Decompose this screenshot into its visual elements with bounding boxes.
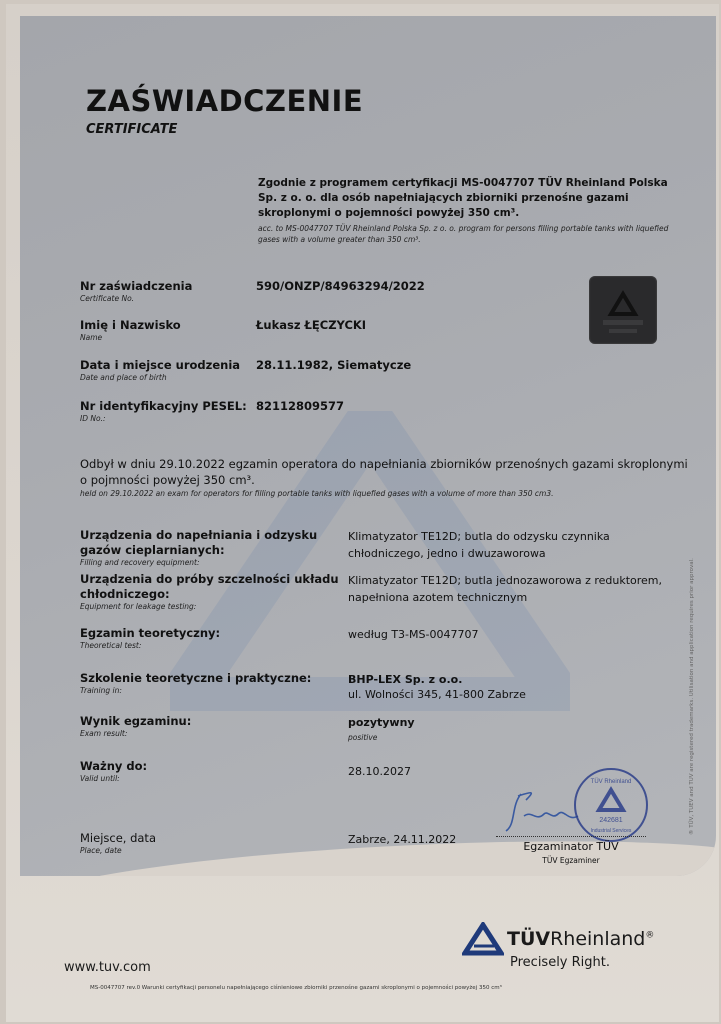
field-label-en: Name — [80, 333, 690, 343]
detail-value-en: positive — [348, 729, 377, 746]
exam-statement-en: held on 29.10.2022 an exam for operators… — [80, 488, 690, 500]
field-label: Imię i Nazwisko — [80, 318, 690, 333]
field-certificate-number: Nr zaświadczenia Certificate No. 590/ONZ… — [80, 279, 690, 304]
signature-line — [496, 836, 646, 837]
field-value: 28.11.1982, Siematycze — [256, 358, 411, 373]
exam-statement-pl: Odbył w dniu 29.10.2022 egzamin operator… — [80, 456, 690, 488]
brand-name: TÜVRheinland® — [507, 928, 654, 950]
field-value: 82112809577 — [256, 399, 344, 414]
detail-label: Urządzenia do próby szczelności układu c… — [80, 572, 340, 602]
field-birth: Data i miejsce urodzenia Date and place … — [80, 358, 690, 383]
examiner-subtitle: TÜV Egzaminer — [496, 856, 646, 865]
trademark-side-note: ® TÜV, TUEV and TUV are registered trade… — [689, 558, 695, 835]
field-value: Łukasz ŁĘCZYCKI — [256, 318, 366, 333]
svg-text:TÜV Rheinland: TÜV Rheinland — [591, 778, 632, 785]
field-name: Imię i Nazwisko Name Łukasz ŁĘCZYCKI — [80, 318, 690, 343]
detail-value: Klimatyzator TE12D; butla do odzysku czy… — [348, 528, 678, 562]
certificate-paper — [6, 4, 719, 1022]
svg-text:242681: 242681 — [599, 817, 622, 824]
examiner-title: Egzaminator TÜV — [496, 840, 646, 853]
exam-statement: Odbył w dniu 29.10.2022 egzamin operator… — [80, 456, 690, 500]
examiner-stamp: 242681 TÜV Rheinland Industrial Services — [574, 768, 648, 842]
stamp-triangle-icon: 242681 TÜV Rheinland Industrial Services — [576, 770, 646, 840]
detail-label: Urządzenia do napełniania i odzysku gazó… — [80, 528, 340, 558]
detail-value: według T3-MS-0047707 — [348, 626, 478, 643]
certificate-panel — [20, 16, 716, 876]
tuv-logo-icon — [462, 922, 504, 956]
field-pesel: Nr identyfikacyjny PESEL: ID No.: 821128… — [80, 399, 690, 424]
program-statement: Zgodnie z programem certyfikacji MS-0047… — [258, 176, 678, 245]
program-statement-pl: Zgodnie z programem certyfikacji MS-0047… — [258, 176, 678, 221]
signature-icon — [496, 786, 586, 836]
detail-exam-result: Wynik egzaminu: Exam result: pozytywny p… — [80, 714, 690, 739]
detail-theoretical-test: Egzamin teoretyczny: Theoretical test: w… — [80, 626, 690, 651]
brand-slogan: Precisely Right. — [510, 955, 610, 970]
detail-value-address: ul. Wolności 345, 41-800 Zabrze — [348, 686, 526, 703]
detail-training: Szkolenie teoretyczne i praktyczne: Trai… — [80, 671, 690, 696]
svg-text:Industrial Services: Industrial Services — [591, 828, 632, 834]
footer-note: MS-0047707 rev.0 Warunki certyfikacji pe… — [90, 985, 502, 991]
field-value: 590/ONZP/84963294/2022 — [256, 279, 425, 294]
certificate-subtitle: CERTIFICATE — [86, 122, 177, 137]
certificate-title: ZAŚWIADCZENIE — [86, 84, 363, 118]
detail-filling-equipment: Urządzenia do napełniania i odzysku gazó… — [80, 528, 690, 568]
detail-leakage-equipment: Urządzenia do próby szczelności układu c… — [80, 572, 690, 612]
detail-value: Zabrze, 24.11.2022 — [348, 831, 456, 848]
field-label-en: ID No.: — [80, 414, 690, 424]
field-label-en: Date and place of birth — [80, 373, 690, 383]
program-statement-en: acc. to MS-0047707 TÜV Rheinland Polska … — [258, 223, 678, 245]
field-label-en: Certificate No. — [80, 294, 690, 304]
field-label: Nr identyfikacyjny PESEL: — [80, 399, 690, 414]
detail-value: Klimatyzator TE12D; butla jednozaworowa … — [348, 572, 688, 606]
website-link[interactable]: www.tuv.com — [64, 960, 151, 975]
detail-value: 28.10.2027 — [348, 763, 411, 780]
